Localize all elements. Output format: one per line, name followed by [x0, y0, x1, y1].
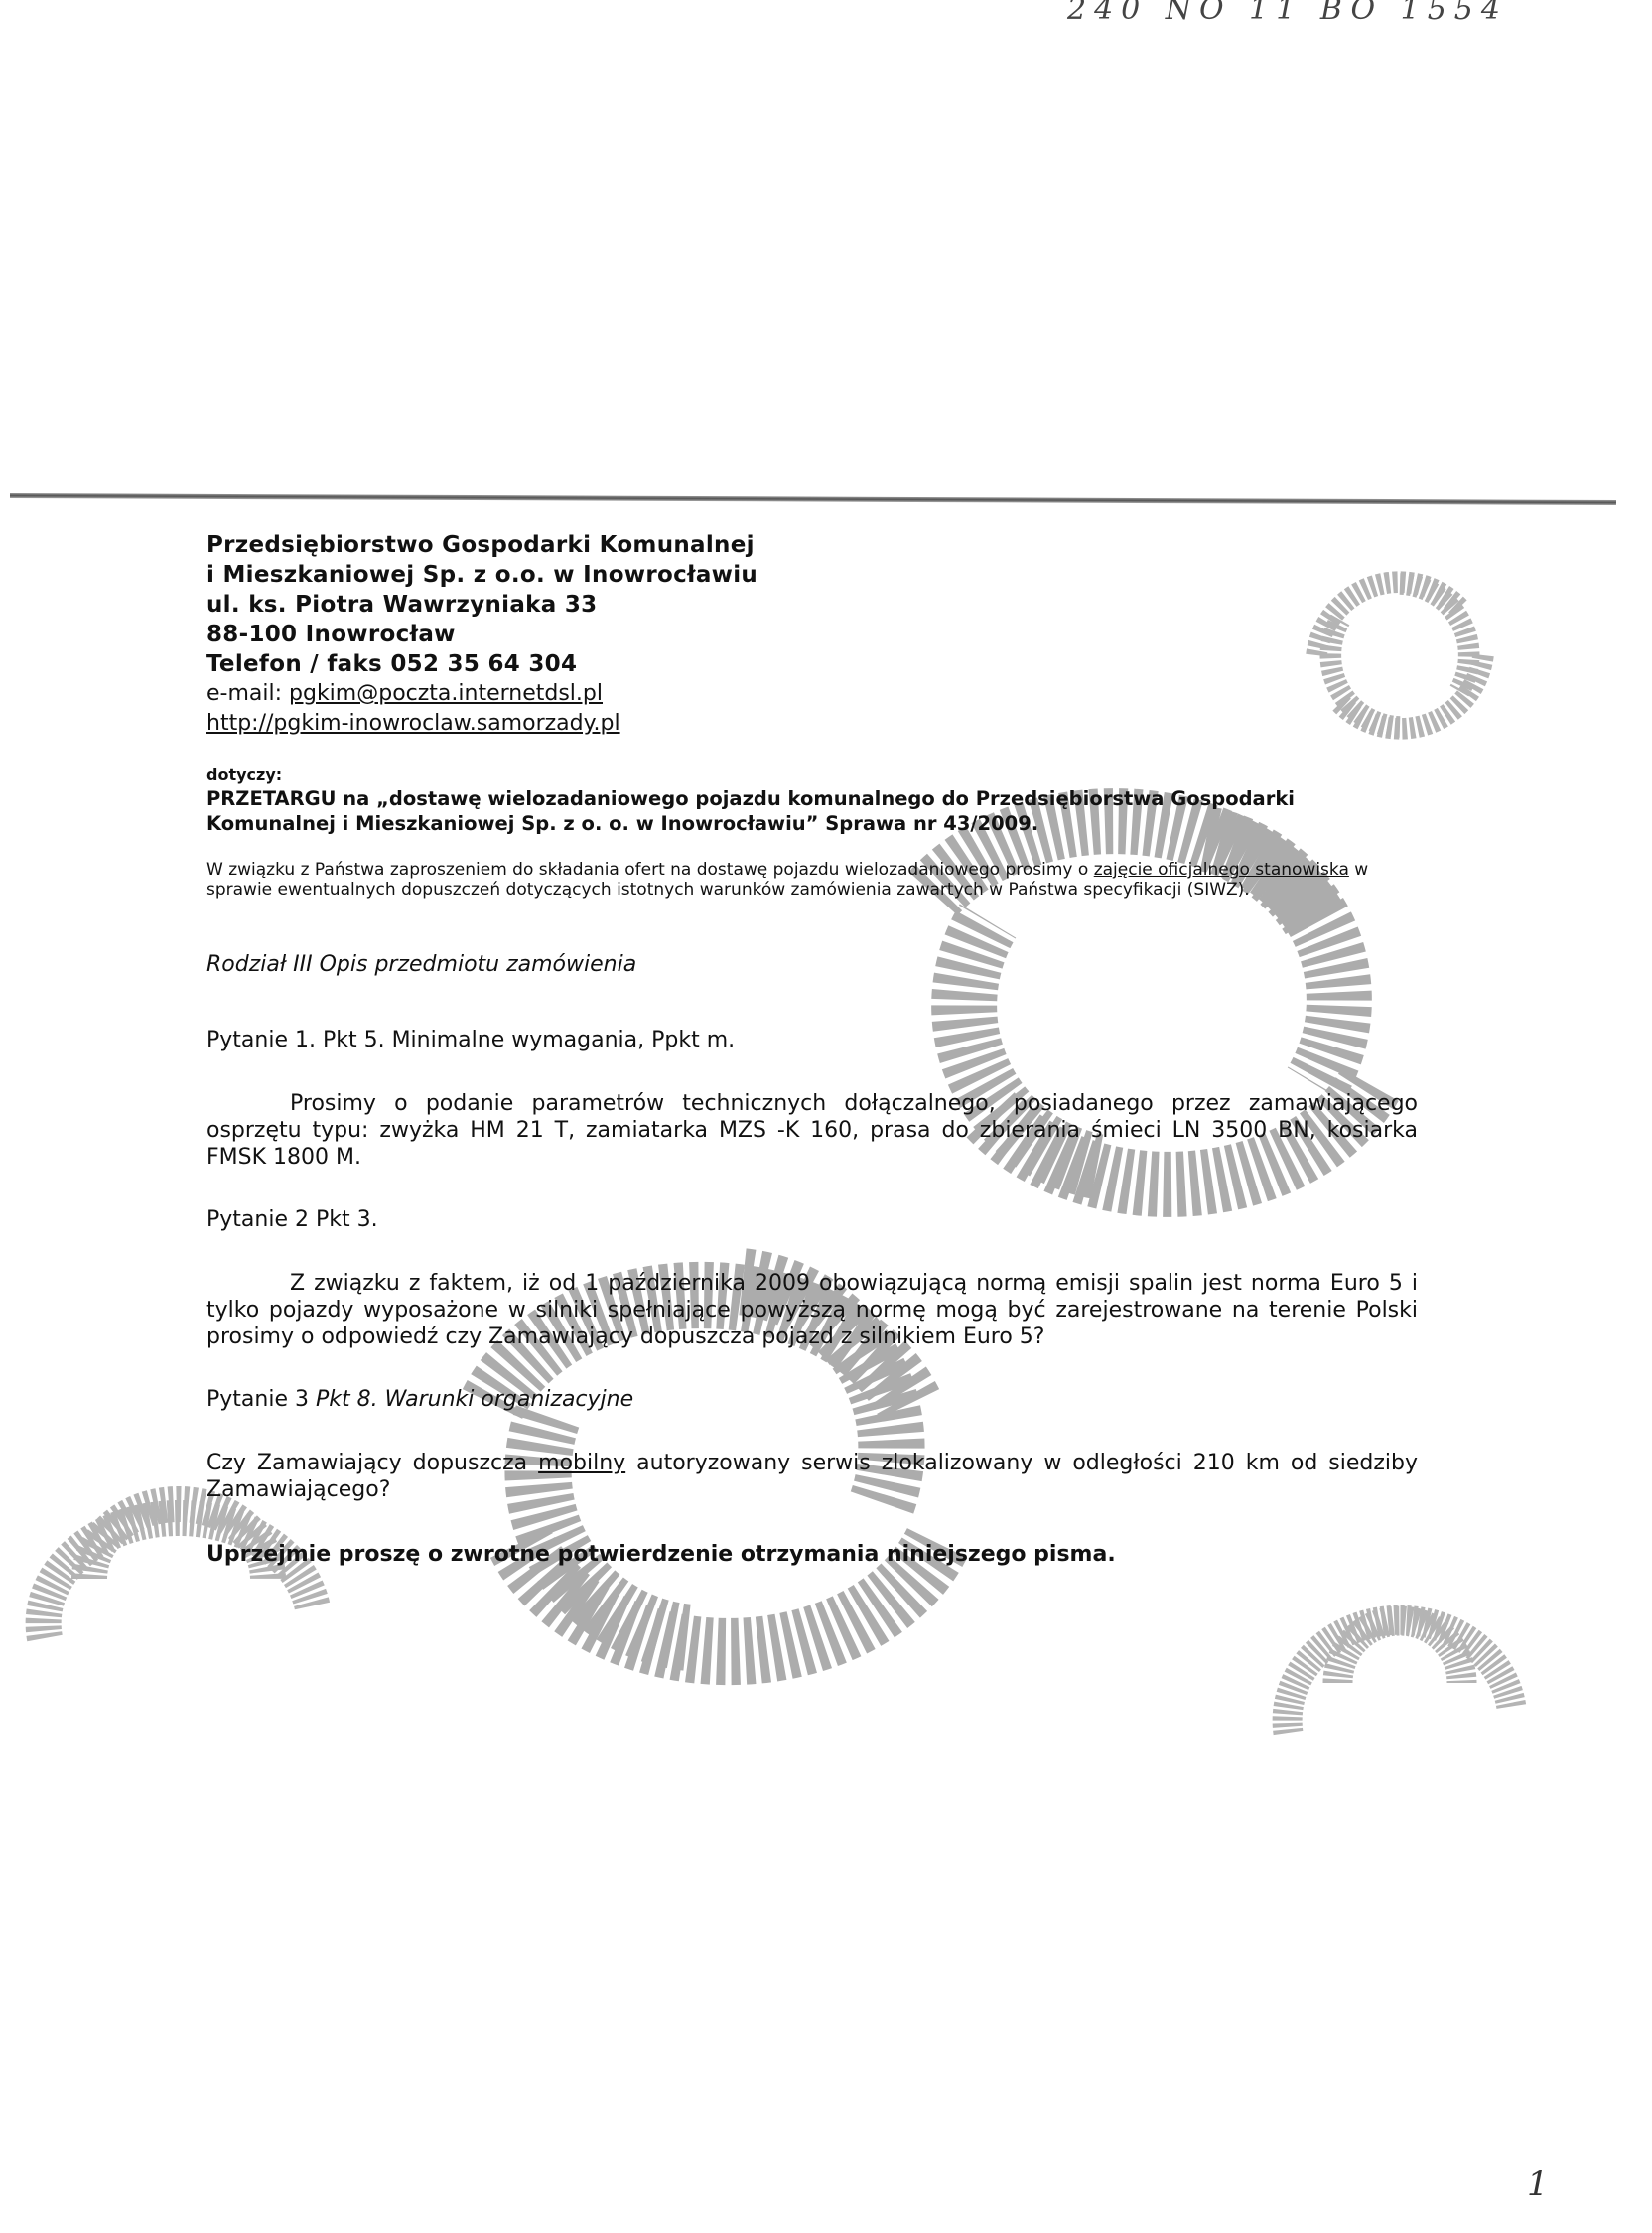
question-3-section: Pkt 8. Warunki organizacyjne: [316, 1387, 633, 1412]
company-name-line2: i Mieszkaniowej Sp. z o.o. w Inowrocławi…: [206, 560, 1418, 590]
subject-label: dotyczy:: [206, 765, 1418, 786]
chapter-heading: Rodział III Opis przedmiotu zamówienia: [206, 951, 1418, 979]
email-link[interactable]: pgkim@poczta.internetdsl.pl: [289, 681, 603, 706]
company-email-line: e-mail: pgkim@poczta.internetdsl.pl: [206, 679, 1418, 709]
question-3-label: Pytanie 3: [206, 1387, 316, 1412]
company-website-line: http://pgkim-inowroclaw.samorzady.pl: [206, 709, 1418, 739]
letter-body: Przedsiębiorstwo Gospodarki Komunalnej i…: [206, 530, 1418, 1569]
company-city: 88-100 Inowrocław: [206, 620, 1418, 649]
closing-request: Uprzejmie proszę o zwrotne potwierdzenie…: [206, 1541, 1418, 1569]
company-name-line1: Przedsiębiorstwo Gospodarki Komunalnej: [206, 530, 1418, 560]
swirl-watermark-icon: [1271, 1559, 1529, 1757]
intro-paragraph: W związku z Państwa zaproszeniem do skła…: [206, 860, 1418, 900]
question-3-text-part1: Czy Zamawiający dopuszcza: [206, 1451, 538, 1475]
company-street: ul. ks. Piotra Wawrzyniaka 33: [206, 590, 1418, 620]
company-phone: Telefon / faks 052 35 64 304: [206, 649, 1418, 679]
website-link[interactable]: http://pgkim-inowroclaw.samorzady.pl: [206, 711, 620, 736]
letterhead-divider: [10, 493, 1616, 505]
email-label: e-mail:: [206, 681, 289, 706]
subject-text: PRZETARGU na „dostawę wielozadaniowego p…: [206, 786, 1418, 836]
intro-underlined-phrase: zajęcie oficjalnego stanowiska: [1094, 860, 1349, 880]
question-3-title: Pytanie 3 Pkt 8. Warunki organizacyjne: [206, 1386, 1418, 1414]
question-3-underlined-word: mobilny: [538, 1451, 625, 1475]
question-3-body: Czy Zamawiający dopuszcza mobilny autory…: [206, 1450, 1418, 1503]
question-1-body: Prosimy o podanie parametrów technicznyc…: [206, 1090, 1418, 1171]
page-number: 1: [1527, 2164, 1549, 2204]
question-1-title: Pytanie 1. Pkt 5. Minimalne wymagania, P…: [206, 1027, 1418, 1054]
question-2-body: Z związku z faktem, iż od 1 października…: [206, 1270, 1418, 1350]
intro-text-part1: W związku z Państwa zaproszeniem do skła…: [206, 860, 1094, 880]
question-2-title: Pytanie 2 Pkt 3.: [206, 1206, 1418, 1234]
handwritten-note: 240 NO 11 BO 1554: [1067, 0, 1508, 27]
